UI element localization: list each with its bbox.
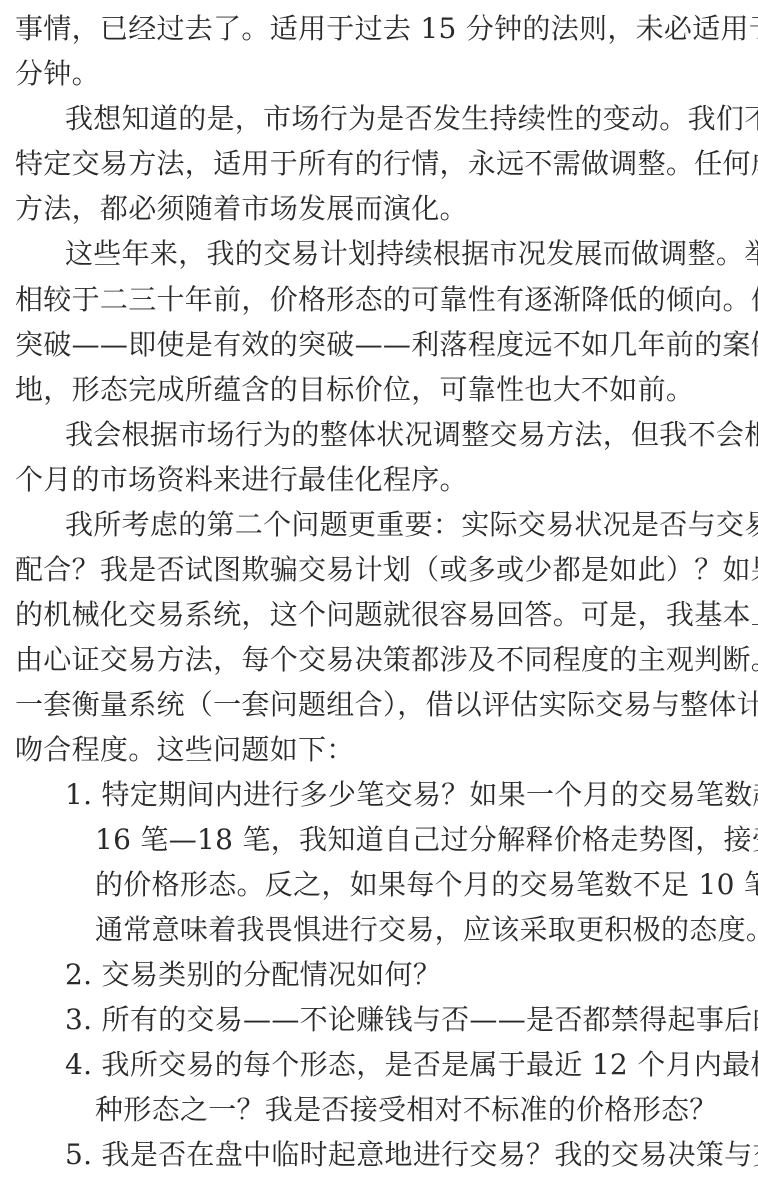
text-line: 配合？我是否试图欺骗交易计划（或多或少都是如此）？如果采用纯粹 — [15, 547, 745, 592]
list-item-4-cont: 种形态之一？我是否接受相对不标准的价格形态？ — [95, 1087, 745, 1132]
text-line: 吻合程度。这些问题如下： — [15, 727, 355, 772]
list-item-2: 2. 交易类别的分配情况如何？ — [65, 952, 745, 997]
list-item-1: 1. 特定期间内进行多少笔交易？如果一个月的交易笔数超过 — [65, 772, 745, 817]
text-line: 的机械化交易系统，这个问题就很容易回答。可是，我基本上是采用自 — [15, 592, 745, 637]
paragraph-first-line: 我会根据市场行为的整体状况调整交易方法，但我不会根据最近几 — [65, 412, 745, 457]
text-line: 一套衡量系统（一套问题组合），借以评估实际交易与整体计划之间的 — [15, 682, 745, 727]
text-line: 由心证交易方法，每个交易决策都涉及不同程度的主观判断。我设计了 — [15, 637, 745, 682]
text-line: 分钟。 — [15, 51, 100, 96]
list-item-1-cont: 16 笔—18 笔，我知道自己过分解释价格走势图，接受了太短期 — [95, 817, 745, 862]
text-line: 特定交易方法，适用于所有的行情，永远不需做调整。任何成功的交易 — [15, 141, 745, 186]
text-line: 方法，都必须随着市场发展而演化。 — [15, 186, 468, 231]
paragraph-first-line: 我想知道的是，市场行为是否发生持续性的变动。我们不能期待某 — [65, 96, 745, 141]
list-item-1-cont: 通常意味着我畏惧进行交易，应该采取更积极的态度。 — [95, 907, 745, 952]
list-item-1-cont: 的价格形态。反之，如果每个月的交易笔数不足 10 笔—12 笔， — [95, 862, 745, 907]
text-line: 突破——即使是有效的突破——利落程度远不如几年前的案例。同样 — [15, 322, 745, 367]
text-line: 事情，已经过去了。适用于过去 15 分钟的法则，未必适用于未来 15 — [15, 6, 745, 51]
text-line: 个月的市场资料来进行最佳化程序。 — [15, 457, 468, 502]
list-item-5: 5. 我是否在盘中临时起意地进行交易？我的交易决策与交易指令， — [65, 1132, 745, 1177]
list-item-4: 4. 我所交易的每个形态，是否是属于最近 12 个月内最标准的四五 — [65, 1042, 745, 1087]
text-line: 地，形态完成所蕴含的目标价位，可靠性也大不如前。 — [15, 367, 694, 412]
text-line: 相较于二三十年前，价格形态的可靠性有逐渐降低的倾向。价格形态的 — [15, 277, 745, 322]
paragraph-first-line: 这些年来，我的交易计划持续根据市况发展而做调整。举例来说， — [65, 231, 745, 276]
paragraph-first-line: 我所考虑的第二个问题更重要：实际交易状况是否与交易计划彼此 — [65, 502, 745, 547]
list-item-3: 3. 所有的交易——不论赚钱与否——是否都禁得起事后的检验？ — [65, 997, 745, 1042]
